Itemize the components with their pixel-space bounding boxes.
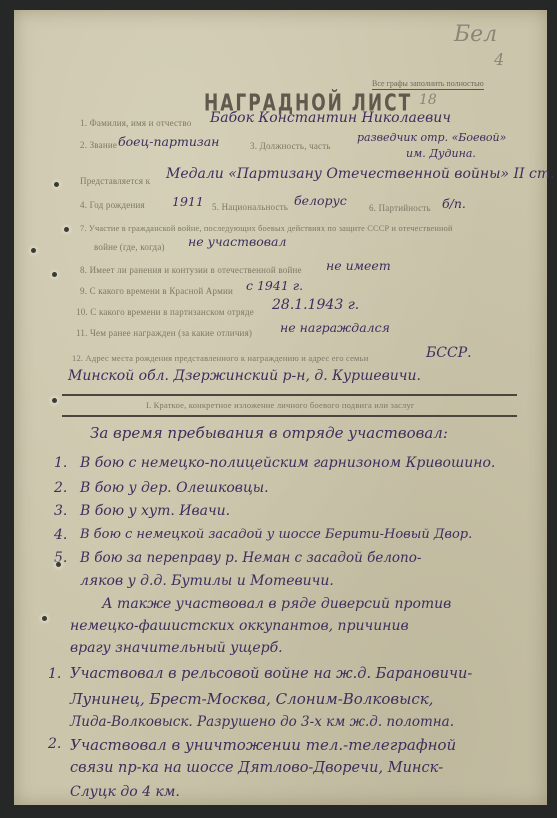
field-12-value-line2: Минской обл. Дзержинский р-н, д. Куршеви… — [68, 368, 421, 384]
field-4-label: 4. Год рождения — [80, 200, 145, 210]
binding-hole — [42, 616, 47, 621]
section-i-heading: I. Краткое, конкретное изложение личного… — [146, 400, 415, 410]
field-3-value-line2: им. Дудина. — [406, 147, 476, 160]
binding-hole — [52, 398, 57, 403]
sabotage-intro-line1: А также участвовал в ряде диверсий проти… — [102, 596, 451, 612]
battle-1-text: В бою с немецко-полицейским гарнизоном К… — [80, 455, 495, 471]
sabotage-1-line3: Лида-Волковыск. Разрушено до 3-х км ж.д.… — [70, 714, 454, 730]
field-8-label: 8. Имеет ли ранения и контузии в отечест… — [80, 265, 302, 275]
field-11-label: 11. Чем ранее награжден (за какие отличи… — [76, 328, 252, 338]
field-7-value: не участвовал — [188, 234, 286, 249]
binding-hole — [64, 227, 69, 232]
fill-all-fields-note: Все графы заполнить полностью — [372, 79, 484, 90]
field-9-value: с 1941 г. — [246, 278, 303, 293]
field-9-label: 9. С какого времени в Красной Армии — [80, 286, 233, 296]
award-sheet-page: Бел 4 18 Все графы заполнить полностью Н… — [14, 10, 547, 805]
battle-2-text: В бою у дер. Олешковцы. — [80, 480, 269, 496]
binding-hole — [54, 182, 59, 187]
section-divider-bottom — [62, 415, 517, 417]
field-8-value: не имеет — [326, 258, 391, 273]
sabotage-intro-line3: врагу значительный ущерб. — [70, 640, 283, 656]
battle-1-num: 1. — [54, 455, 67, 471]
sabotage-1-num: 1. — [48, 666, 61, 682]
sabotage-1-line2: Лунинец, Брест-Москва, Слоним-Волковыск, — [70, 690, 433, 708]
battle-2-num: 2. — [54, 480, 67, 496]
field-5-value: белорус — [294, 193, 347, 208]
binding-hole — [52, 272, 57, 277]
field-2-value: боец-партизан — [118, 134, 219, 149]
binding-hole — [56, 562, 61, 567]
field-10-value: 28.1.1943 г. — [272, 297, 359, 313]
field-1-label: 1. Фамилия, имя и отчество — [80, 118, 191, 128]
sabotage-2-num: 2. — [48, 736, 61, 752]
field-1-value: Бабок Константин Николаевич — [210, 110, 451, 126]
battle-4-text: В бою с немецкой засадой у шоссе Берити-… — [80, 527, 472, 542]
sabotage-2-line3: Слуцк до 4 км. — [70, 784, 180, 800]
field-5-label: 5. Национальность — [212, 202, 288, 212]
field-2-label: 2. Звание — [80, 140, 117, 150]
presented-for-value: Медали «Партизану Отечественной войны» I… — [166, 166, 555, 182]
field-6-value: б/п. — [442, 196, 466, 211]
sabotage-2-line2: связи пр-ка на шоссе Дятлово-Дворечи, Ми… — [70, 760, 443, 776]
field-6-label: 6. Партийность — [369, 203, 431, 213]
field-11-value: не награждался — [280, 320, 390, 335]
presented-for-label: Представляется к — [80, 176, 150, 186]
sabotage-2-line1: Участвовал в уничтожении тел.-телеграфно… — [70, 736, 456, 754]
battle-3-text: В бою у хут. Ивачи. — [80, 503, 230, 519]
field-3-label: 3. Должность, часть — [250, 141, 331, 151]
field-3-value-line1: разведчик отр. «Боевой» — [357, 131, 506, 144]
battle-3-num: 3. — [54, 503, 67, 519]
sabotage-intro-line2: немецко-фашистских оккупантов, причинив — [70, 618, 409, 634]
field-4-value: 1911 — [172, 194, 204, 209]
field-12-value-line1: БССР. — [426, 345, 472, 361]
field-10-label: 10. С какого времени в партизанском отря… — [76, 307, 254, 317]
field-7-label-line1: 7. Участие в гражданской войне, последую… — [80, 224, 453, 233]
battle-5-text-line1: В бою за переправу р. Неман с засадой бе… — [80, 550, 421, 566]
binding-hole — [31, 248, 36, 253]
field-7-label-line2: войне (где, когда) — [94, 242, 165, 252]
pencil-mark-number: 4 — [494, 50, 504, 69]
battle-4-num: 4. — [54, 527, 67, 543]
sabotage-1-line1: Участвовал в рельсовой войне на ж.д. Бар… — [70, 666, 472, 682]
battles-intro: За время пребывания в отряде участвовал: — [90, 424, 448, 442]
section-divider-top — [62, 394, 517, 396]
battle-5-text-line2: ляков у д.д. Бутилы и Мотевичи. — [80, 573, 334, 589]
pencil-mark-note: 18 — [419, 92, 437, 108]
pencil-mark-archive: Бел — [454, 22, 497, 47]
field-12-label: 12. Адрес места рождения представленного… — [72, 353, 368, 363]
